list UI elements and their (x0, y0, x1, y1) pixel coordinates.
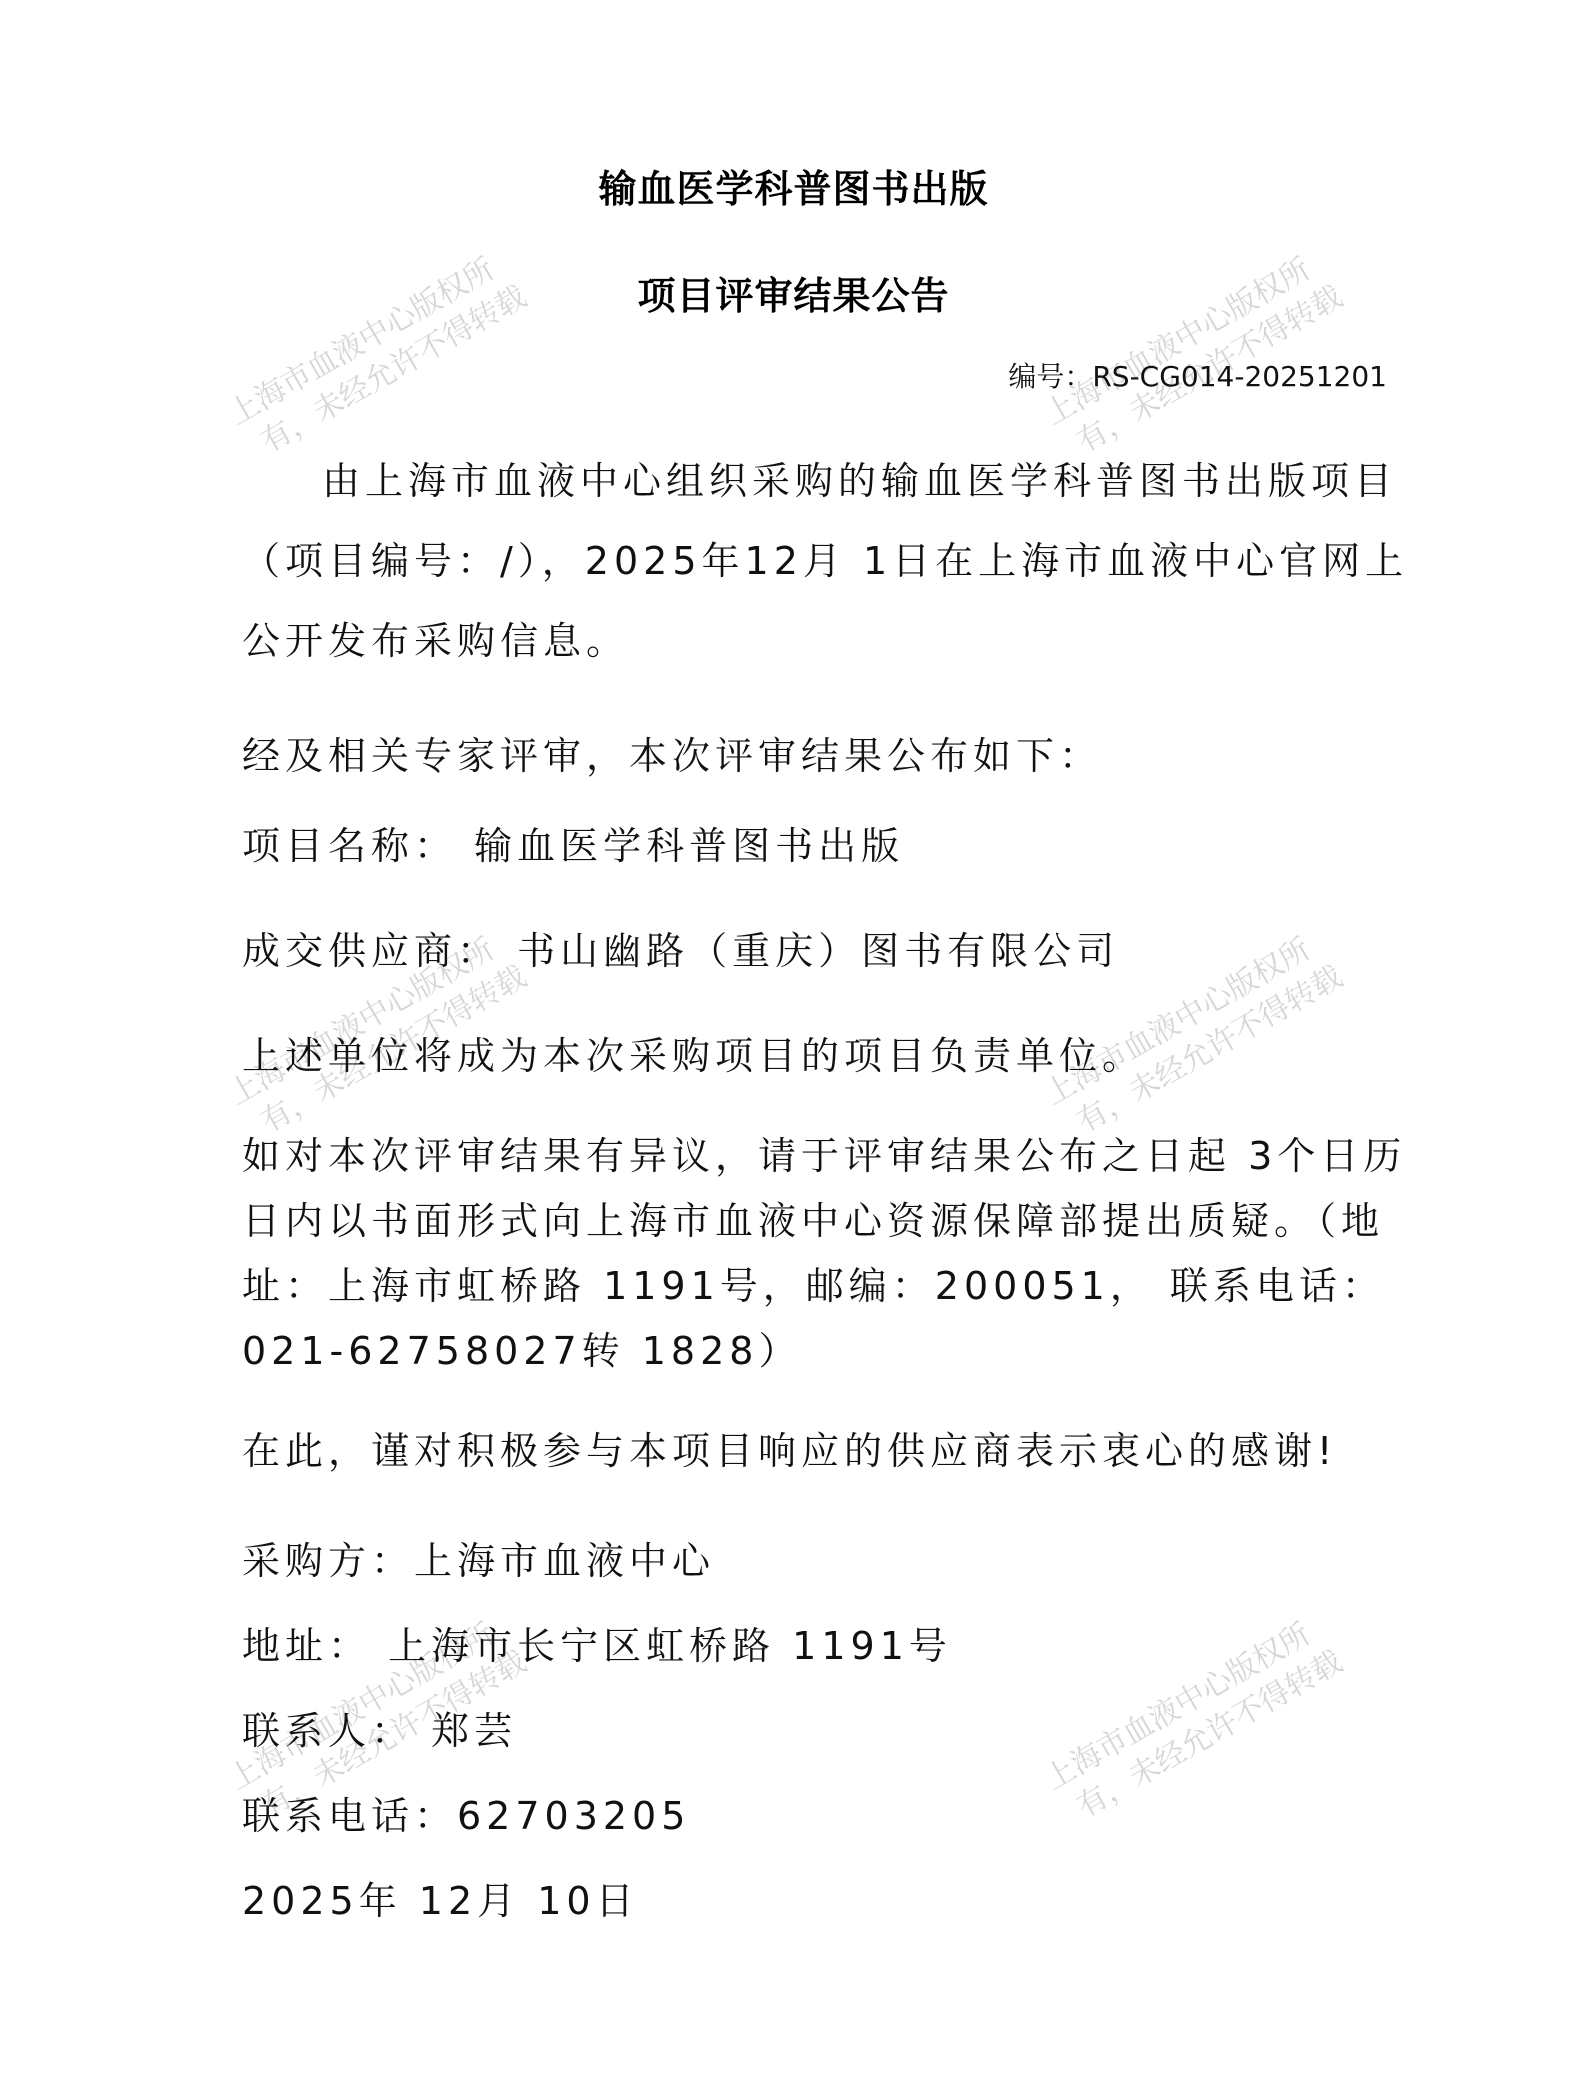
project-name: 项目名称： 输血医学科普图书出版 (242, 815, 904, 870)
paragraph-line: （项目编号：/），2025年12月 1日在上海市血液中心官网上 (242, 530, 1408, 585)
purchaser: 采购方：上海市血液中心 (242, 1530, 715, 1585)
document-title: 输血医学科普图书出版 (0, 158, 1587, 213)
paragraph-line: 由上海市血液中心组织采购的输血医学科普图书出版项目 (322, 450, 1397, 505)
document-page: 上海市血液中心版权所 有，未经允许不得转载 上海市血液中心版权所 有，未经允许不… (0, 0, 1587, 2075)
watermark: 上海市血液中心版权所 有，未经允许不得转载 (1038, 1608, 1350, 1834)
thanks: 在此，谨对积极参与本项目响应的供应商表示衷心的感谢! (242, 1420, 1337, 1475)
objection-line: 日内以书面形式向上海市血液中心资源保障部提出质疑。（地 (242, 1190, 1384, 1245)
watermark-line: 有，未经允许不得转载 (1058, 1643, 1350, 1835)
document-number: 编号：RS-CG014-20251201 (1008, 355, 1387, 395)
address: 地址： 上海市长宁区虹桥路 1191号 (242, 1615, 952, 1670)
watermark-line: 上海市血液中心版权所 (1038, 1608, 1330, 1800)
document-subtitle: 项目评审结果公告 (0, 265, 1587, 320)
paragraph-line: 公开发布采购信息。 (242, 610, 629, 665)
supplier: 成交供应商： 书山幽路（重庆）图书有限公司 (242, 920, 1119, 975)
objection-line: 021-62758027转 1828） (242, 1320, 801, 1375)
date: 2025年 12月 10日 (242, 1870, 639, 1925)
contact-phone: 联系电话：62703205 (242, 1785, 690, 1840)
responsible-unit: 上述单位将成为本次采购项目的项目负责单位。 (242, 1025, 1145, 1080)
objection-line: 如对本次评审结果有异议，请于评审结果公布之日起 3个日历 (242, 1125, 1406, 1180)
contact-person: 联系人： 郑芸 (242, 1700, 517, 1755)
review-intro: 经及相关专家评审，本次评审结果公布如下： (242, 725, 1102, 780)
objection-line: 址：上海市虹桥路 1191号，邮编：200051， 联系电话： (242, 1255, 1385, 1310)
